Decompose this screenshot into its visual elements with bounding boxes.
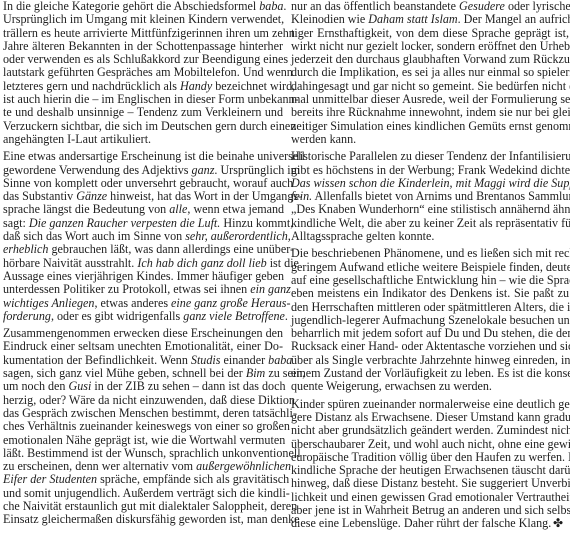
text-line: eben meistens ein Indikator des Denkens … xyxy=(291,287,569,300)
text-line: aber jene ist in Wahrheit Betrug an ande… xyxy=(291,504,569,517)
text-line: hinweg, daß diese Distanz besteht. Sie s… xyxy=(291,477,569,490)
text-line: über als Single verbrachte Jahrzehnte hi… xyxy=(291,354,569,367)
text-line: Eindruck einer seltsam unechten Emotiona… xyxy=(3,340,283,353)
paragraph: Zusammengenommen erwecken diese Erschein… xyxy=(3,327,283,526)
end-ornament-icon: ✤ xyxy=(553,517,563,530)
text-line: sprache längst die Bedeutung von alle, w… xyxy=(3,203,283,216)
text-line: nur an das öffentlich beanstandete Gesud… xyxy=(291,0,569,13)
text-line: gewordene Verwendung des Adjektivs ganz.… xyxy=(3,164,283,177)
text-line: einem Zustand der Vorläufigkeit zu leben… xyxy=(291,367,569,380)
text-line: Eifer der Studenten spräche, empfände si… xyxy=(3,473,283,486)
text-line: und somit unjugendlich. Außerdem verträg… xyxy=(3,487,283,500)
text-line: Rucksack einer Hand- oder Aktentasche vo… xyxy=(291,340,569,353)
text-line: quente Weigerung, erwachsen zu werden. xyxy=(291,380,569,393)
text-line: che Naivität erstaunlich gut mit dialekt… xyxy=(3,500,283,513)
text-line: zu erscheinen, denn wer alternativ vom a… xyxy=(3,460,283,473)
text-line: den Herrschaften mittleren oder spätmitt… xyxy=(291,301,569,314)
text-line: werden kann. xyxy=(291,133,569,146)
text-line: oder verwenden es als Schlußakkord zur B… xyxy=(3,53,283,66)
text-line: geringem Aufwand etliche weitere Beispie… xyxy=(291,261,569,274)
text-line: läßt. Bestimmend ist der Wunsch, sprachl… xyxy=(3,447,283,460)
text-line: auf eine gesellschaftliche Entwicklung h… xyxy=(291,274,569,287)
text-line: Eine etwas andersartige Erscheinung ist … xyxy=(3,150,283,163)
text-line: zeitiger Simulation eines kindlichen Gem… xyxy=(291,120,569,133)
text-line: dahingesagt und gar nicht so gemeint. Si… xyxy=(291,80,569,93)
text-line: Verzuckern sichtbar, die sich im Deutsch… xyxy=(3,120,283,133)
text-line: kumentation der Befindlichkeit. Wenn Stu… xyxy=(3,354,283,367)
text-line: Kleinodien wie Daham statt Islam. Der Ma… xyxy=(291,13,569,26)
text-line: beharrlich mit jedem sofort auf Du und D… xyxy=(291,327,569,340)
text-line: diese eine Lebenslüge. Daher rührt der f… xyxy=(291,517,569,530)
text-line: lautstark geführten Gespräches am Mobilt… xyxy=(3,66,283,79)
text-line: jugendlich-legerer Aufmachung Szenelokal… xyxy=(291,314,569,327)
text-line: tiger Ernsthaftigkeit, von dem diese Spr… xyxy=(291,27,569,40)
text-line: Sinne von komplett oder unversehrt gebra… xyxy=(3,177,283,190)
text-line: Das wissen schon die Kinderlein, mit Mag… xyxy=(291,177,569,190)
text-line: Aussage eines vierjährigen Kindes. Immer… xyxy=(3,270,283,283)
text-line: das Gespräch zwischen Menschen bestimmt,… xyxy=(3,407,283,420)
text-line: Kinder spüren zueinander normalerweise e… xyxy=(291,398,569,411)
text-line: nicht aber grundsätzlich geändert werden… xyxy=(291,424,569,437)
text-line: hörbare Naivität ausstrahlt. Ich hab dic… xyxy=(3,257,283,270)
left-column: In die gleiche Kategorie gehört die Absc… xyxy=(3,0,283,531)
text-line: unterdessen Politiker zu Protokoll, etwa… xyxy=(3,283,283,296)
paragraph: Die beschriebenen Phänomene, und es ließ… xyxy=(291,247,569,393)
text-line: Alltagssprache gelten konnte. xyxy=(291,230,569,243)
text-line: forderung, oder es gibt widrigenfalls ga… xyxy=(3,310,283,323)
text-line: kindliche Welt, die aber zu keiner Zeit … xyxy=(291,217,569,230)
text-line: sagt: Die ganzen Raucher verpesten die L… xyxy=(3,217,283,230)
text-line: Ursprünglich im Umgang mit kleinen Kinde… xyxy=(3,13,283,26)
text-line: Einsatz gleichermaßen diskursfähig gewor… xyxy=(3,513,283,526)
text-line: Historische Parallelen zu dieser Tendenz… xyxy=(291,150,569,163)
text-line: um noch den Gusi in der ZIB zu sehen – d… xyxy=(3,380,283,393)
text-line: erheblich gebrauchen läßt, was dann alle… xyxy=(3,243,283,256)
text-line: ist auch hierin die – im Englischen in d… xyxy=(3,93,283,106)
text-line: ches Verhältnis zueinander keineswegs vo… xyxy=(3,420,283,433)
text-line: bereits ihre Rücknahme innewohnt, indem … xyxy=(291,106,569,119)
text-line: wichtiges Anliegen, etwas anderes eine g… xyxy=(3,297,283,310)
text-line: letzteres gern und nachdrücklich als Han… xyxy=(3,80,283,93)
text-line: angehängten I-Laut artikuliert. xyxy=(3,133,283,146)
text-line: durch die Implikation, es sei ja alles n… xyxy=(291,66,569,79)
paragraph: Historische Parallelen zu dieser Tendenz… xyxy=(291,150,569,243)
text-line: fein. Allenfalls bietet von Arnims und B… xyxy=(291,190,569,203)
text-line: das Substantiv Gänze hinweist, hat das W… xyxy=(3,190,283,203)
text-line: überschaubarer Zeit, und wohl auch nicht… xyxy=(291,438,569,451)
text-line: jederzeit den durchaus glaubhaften Vorwa… xyxy=(291,53,569,66)
right-column: nur an das öffentlich beanstandete Gesud… xyxy=(291,0,569,535)
paragraph: nur an das öffentlich beanstandete Gesud… xyxy=(291,0,569,146)
paragraph: Eine etwas andersartige Erscheinung ist … xyxy=(3,150,283,323)
text-line: daß sich das Wort auch im Sinne von sehr… xyxy=(3,230,283,243)
text-line: Die beschriebenen Phänomene, und es ließ… xyxy=(291,247,569,260)
text-line: lichkeit und einen gewissen Grad emotion… xyxy=(291,491,569,504)
paragraph: In die gleiche Kategorie gehört die Absc… xyxy=(3,0,283,146)
text-line: sagen, sich ganz viel Mühe geben, schnel… xyxy=(3,367,283,380)
article-page: In die gleiche Kategorie gehört die Absc… xyxy=(0,0,570,557)
paragraph: Kinder spüren zueinander normalerweise e… xyxy=(291,398,569,531)
text-line: te und deshalb unsinnige – Tendenz zum V… xyxy=(3,106,283,119)
text-line: gibt es höchstens in der Werbung; Frank … xyxy=(291,164,569,177)
text-line: In die gleiche Kategorie gehört die Absc… xyxy=(3,0,283,13)
text-line: gere Distanz als Erwachsene. Dieser Umst… xyxy=(291,411,569,424)
text-line: „Des Knaben Wunderhorn“ eine stilistisch… xyxy=(291,203,569,216)
text-line: mal unmittelbar dieser Ausrede, weil der… xyxy=(291,93,569,106)
text-line: emotionalen Nähe geprägt ist, wie die Wo… xyxy=(3,434,283,447)
text-line: kindliche Sprache der heutigen Erwachsen… xyxy=(291,464,569,477)
text-line: herzig, oder? Wäre da nicht einzuwenden,… xyxy=(3,394,283,407)
text-line: europäische Tradition völlig über den Ha… xyxy=(291,451,569,464)
text-line: Jahre älteren Bekannten in der Schottenp… xyxy=(3,40,283,53)
text-line: Zusammengenommen erwecken diese Erschein… xyxy=(3,327,283,340)
text-line: trällern es heute arrivierte Mittfünfzig… xyxy=(3,27,283,40)
text-line: wirkt nicht nur gezielt locker, sondern … xyxy=(291,40,569,53)
